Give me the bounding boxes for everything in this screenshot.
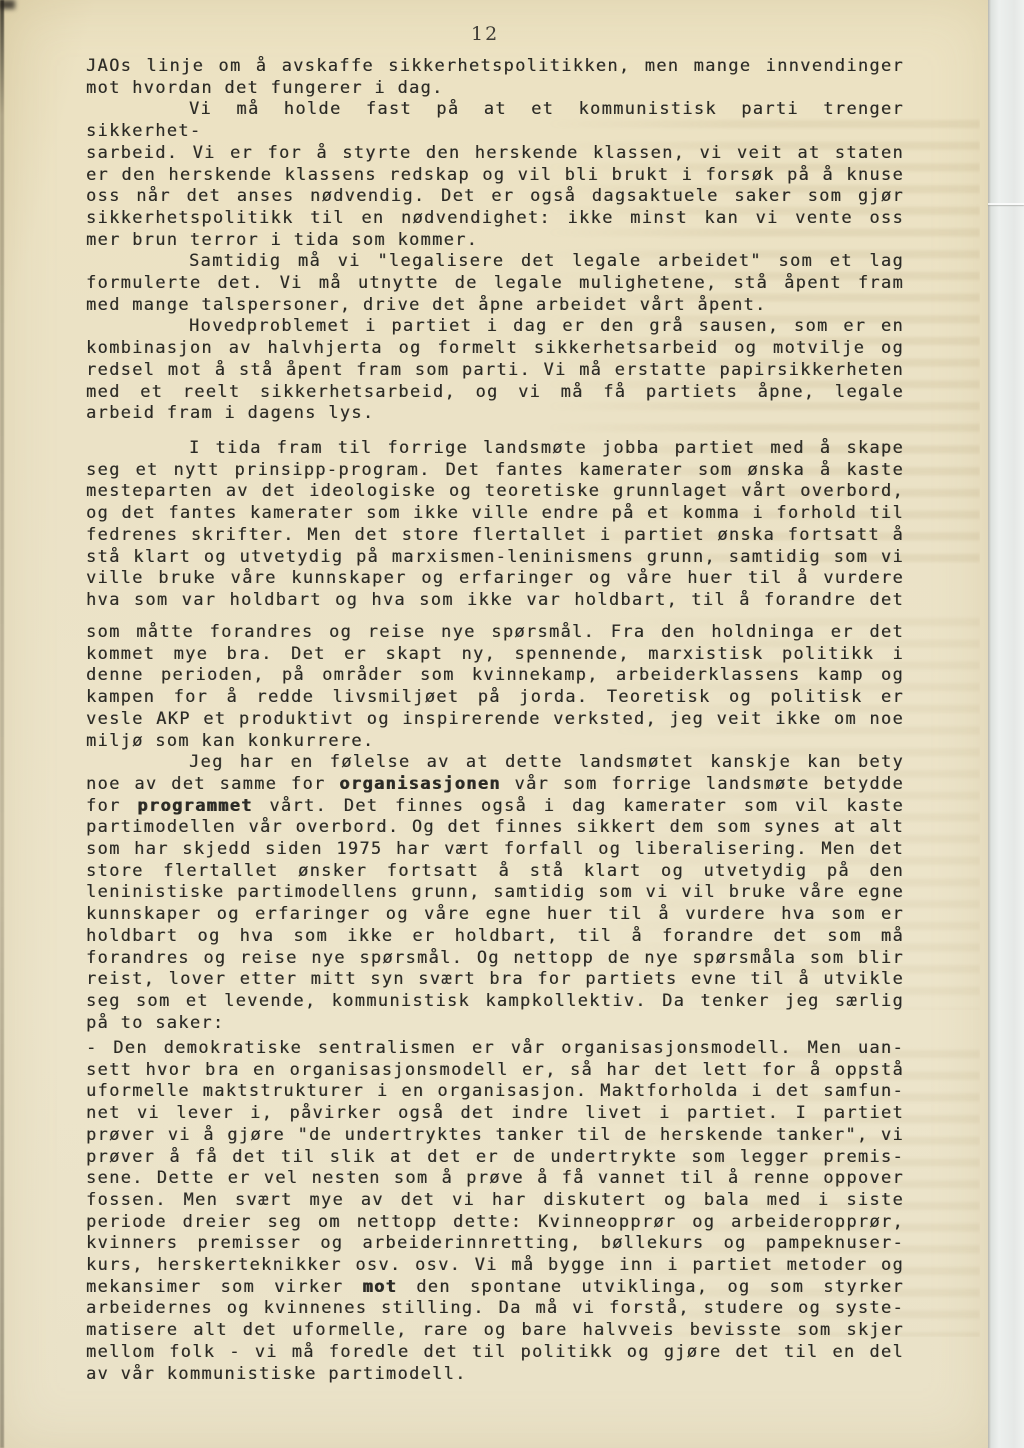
text-segment: net vi lever i, påvirker også det indre … xyxy=(86,1103,904,1123)
text-line: holdbart og hva som ikke er holdbart, ti… xyxy=(86,926,904,948)
text-line: arbeidernes og kvinnenes stilling. Da må… xyxy=(86,1298,904,1320)
text-line: noe av det samme for organisasjonen vår … xyxy=(86,774,904,796)
text-segment: JAOs linje om å avskaffe sikkerhetspolit… xyxy=(86,56,904,76)
text-line: JAOs linje om å avskaffe sikkerhetspolit… xyxy=(86,56,904,78)
text-segment: fossen. Men svært mye av det vi har disk… xyxy=(86,1190,904,1210)
text-segment: hva som var holdbart og hva som ikke var… xyxy=(86,590,904,610)
text-segment: vårt. Det finnes også i dag kamerater so… xyxy=(253,796,904,816)
text-line: sene. Dette er vel nesten som å prøve å … xyxy=(86,1168,904,1190)
text-line: med mange talspersoner, drive det åpne a… xyxy=(86,295,904,317)
text-line: store flertallet ønsker fortsatt å stå k… xyxy=(86,861,904,883)
text-line: mesteparten av det ideologiske og teoret… xyxy=(86,481,904,503)
text-line: sett hvor bra en organisasjonsmodell er,… xyxy=(86,1060,904,1082)
text-line: kunnskaper og erfaringer og våre egne hu… xyxy=(86,904,904,926)
text-segment: for xyxy=(86,796,137,816)
text-line: redsel mot å stå åpent fram som parti. V… xyxy=(86,360,904,382)
scan-seam-line xyxy=(988,203,1024,205)
text-line: I tida fram til forrige landsmøte jobba … xyxy=(86,438,904,460)
text-segment: sett hvor bra en organisasjonsmodell er,… xyxy=(86,1060,904,1080)
text-line: kurs, herskerteknikker osv. osv. Vi må b… xyxy=(86,1255,904,1277)
text-line: Vi må holde fast på at et kommunistisk p… xyxy=(86,99,904,142)
scan-smudge xyxy=(0,0,15,9)
text-line: Jeg har en følelse av at dette landsmøte… xyxy=(86,752,904,774)
text-segment: arbeid fram i dagens lys. xyxy=(86,403,374,423)
text-line: Hovedproblemet i partiet i dag er den gr… xyxy=(86,316,904,338)
text-segment: er den herskende klassens redskap og vil… xyxy=(86,165,904,185)
page-edge-shadow xyxy=(0,0,4,1448)
text-segment: den spontane utviklinga, og som styrker xyxy=(397,1277,904,1297)
text-segment: redsel mot å stå åpent fram som parti. V… xyxy=(86,360,904,380)
text-segment: prøver vi å gjøre "de undertryktes tanke… xyxy=(86,1125,904,1145)
text-line: ville bruke våre kunnskaper og erfaringe… xyxy=(86,568,904,590)
text-segment: med et reelt sikkerhetsarbeid, og vi må … xyxy=(86,382,904,402)
text-segment: uformelle maktstrukturer i en organisasj… xyxy=(86,1081,904,1101)
text-line: matisere alt det uformelle, rare og bare… xyxy=(86,1320,904,1342)
text-segment: reist, lover etter mitt syn svært bra fo… xyxy=(86,969,904,989)
text-segment: leninistiske partimodellens grunn, samti… xyxy=(86,882,904,902)
text-line: - Den demokratiske sentralismen er vår o… xyxy=(86,1038,904,1060)
text-segment: seg et nytt prinsipp-program. Det fantes… xyxy=(86,460,904,480)
text-segment: stå klart og utvetydig på marxismen-leni… xyxy=(86,547,904,567)
text-line: hva som var holdbart og hva som ikke var… xyxy=(86,590,904,612)
text-segment: mesteparten av det ideologiske og teoret… xyxy=(86,481,904,501)
text-segment: Vi må holde fast på at et kommunistisk p… xyxy=(86,99,904,141)
text-segment: som måtte forandres og reise nye spørsmå… xyxy=(86,622,904,642)
text-line: med et reelt sikkerhetsarbeid, og vi må … xyxy=(86,382,904,404)
text-segment: partimodellen vår overbord. Og det finne… xyxy=(86,817,904,837)
text-line: mekansimer som virker mot den spontane u… xyxy=(86,1277,904,1299)
text-segment: fedrenes skrifter. Men det store flertal… xyxy=(86,525,904,545)
text-segment: mellom folk - vi må foredle det til poli… xyxy=(86,1342,904,1362)
text-segment: denne perioden, på områder som kvinnekam… xyxy=(86,665,904,685)
text-line: stå klart og utvetydig på marxismen-leni… xyxy=(86,547,904,569)
text-line: forandres og reise nye spørsmål. Og nett… xyxy=(86,948,904,970)
text-line: på to saker: xyxy=(86,1013,904,1035)
text-line: reist, lover etter mitt syn svært bra fo… xyxy=(86,969,904,991)
text-line: av vår kommunistiske partimodell. xyxy=(86,1364,904,1386)
bold-text-segment: mot xyxy=(363,1277,398,1297)
text-segment: kurs, herskerteknikker osv. osv. Vi må b… xyxy=(86,1255,904,1275)
text-segment: holdbart og hva som ikke er holdbart, ti… xyxy=(86,926,904,946)
text-segment: mer brun terror i tida som kommer. xyxy=(86,230,478,250)
text-line: prøver å få det til slik at det er de un… xyxy=(86,1147,904,1169)
text-line: for programmet vårt. Det finnes også i d… xyxy=(86,796,904,818)
text-line: kombinasjon av halvhjerta og formelt sik… xyxy=(86,338,904,360)
text-line: denne perioden, på områder som kvinnekam… xyxy=(86,665,904,687)
text-line: partimodellen vår overbord. Og det finne… xyxy=(86,817,904,839)
text-line: er den herskende klassens redskap og vil… xyxy=(86,165,904,187)
text-segment: noe av det samme for xyxy=(86,774,339,794)
text-line: oss når det anses nødvendig. Det er også… xyxy=(86,186,904,208)
text-segment: oss når det anses nødvendig. Det er også… xyxy=(86,186,904,206)
text-segment: på to saker: xyxy=(86,1013,224,1033)
text-line: fedrenes skrifter. Men det store flertal… xyxy=(86,525,904,547)
page-number: 12 xyxy=(471,23,499,45)
paragraph-block: JAOs linje om å avskaffe sikkerhetspolit… xyxy=(86,56,904,425)
text-segment: Hovedproblemet i partiet i dag er den gr… xyxy=(189,316,904,336)
text-line: kommet mye bra. Det er skapt ny, spennen… xyxy=(86,644,904,666)
document-page: 12 JAOs linje om å avskaffe sikkerhetspo… xyxy=(0,0,988,1448)
text-segment: med mange talspersoner, drive det åpne a… xyxy=(86,295,767,315)
text-segment: kvinners premisser og arbeiderinnretting… xyxy=(86,1233,904,1253)
text-segment: sene. Dette er vel nesten som å prøve å … xyxy=(86,1168,904,1188)
text-segment: av vår kommunistiske partimodell. xyxy=(86,1364,467,1384)
text-line: periode dreier seg om nettopp dette: Kvi… xyxy=(86,1212,904,1234)
text-line: mellom folk - vi må foredle det til poli… xyxy=(86,1342,904,1364)
text-line: net vi lever i, påvirker også det indre … xyxy=(86,1103,904,1125)
text-segment: forandres og reise nye spørsmål. Og nett… xyxy=(86,948,904,968)
paragraph-block: som måtte forandres og reise nye spørsmå… xyxy=(86,622,904,1034)
text-segment: som har skjedd siden 1975 har vært forfa… xyxy=(86,839,904,859)
bold-text-segment: programmet xyxy=(137,796,252,816)
scanner-background xyxy=(988,0,1024,1448)
text-segment: mekansimer som virker xyxy=(86,1277,363,1297)
text-line: mer brun terror i tida som kommer. xyxy=(86,230,904,252)
text-line: mot hvordan det fungerer i dag. xyxy=(86,78,904,100)
text-segment: matisere alt det uformelle, rare og bare… xyxy=(86,1320,904,1340)
text-line: prøver vi å gjøre "de undertryktes tanke… xyxy=(86,1125,904,1147)
text-line: miljø som kan konkurrere. xyxy=(86,731,904,753)
text-line: som har skjedd siden 1975 har vært forfa… xyxy=(86,839,904,861)
text-line: Samtidig må vi "legalisere det legale ar… xyxy=(86,251,904,273)
text-segment: periode dreier seg om nettopp dette: Kvi… xyxy=(86,1212,904,1232)
text-line: vesle AKP et produktivt og inspirerende … xyxy=(86,709,904,731)
text-segment: Jeg har en følelse av at dette landsmøte… xyxy=(189,752,904,772)
text-line: kvinners premisser og arbeiderinnretting… xyxy=(86,1233,904,1255)
text-segment: kampen for å redde livsmiljøet på jorda.… xyxy=(86,687,904,707)
text-segment: store flertallet ønsker fortsatt å stå k… xyxy=(86,861,904,881)
text-segment: prøver å få det til slik at det er de un… xyxy=(86,1147,904,1167)
text-line: formulerte det. Vi må utnytte de legale … xyxy=(86,273,904,295)
text-line: og det fantes kamerater som ikke ville e… xyxy=(86,503,904,525)
text-segment: sikkerhetspolitikk til en nødvendighet: … xyxy=(86,208,904,228)
text-segment: formulerte det. Vi må utnytte de legale … xyxy=(86,273,904,293)
paragraph-block: I tida fram til forrige landsmøte jobba … xyxy=(86,438,904,612)
bold-text-segment: organisasjonen xyxy=(339,774,501,794)
text-segment: ville bruke våre kunnskaper og erfaringe… xyxy=(86,568,904,588)
text-segment: I tida fram til forrige landsmøte jobba … xyxy=(189,438,904,458)
text-segment: kunnskaper og erfaringer og våre egne hu… xyxy=(86,904,904,924)
paragraph-block: - Den demokratiske sentralismen er vår o… xyxy=(86,1038,904,1385)
text-line: seg et nytt prinsipp-program. Det fantes… xyxy=(86,460,904,482)
text-line: arbeid fram i dagens lys. xyxy=(86,403,904,425)
text-segment: vesle AKP et produktivt og inspirerende … xyxy=(86,709,904,729)
text-segment: - Den demokratiske sentralismen er vår o… xyxy=(86,1038,904,1058)
text-line: seg som et levende, kommunistisk kampkol… xyxy=(86,991,904,1013)
text-line: som måtte forandres og reise nye spørsmå… xyxy=(86,622,904,644)
text-segment: vår som forrige landsmøte betydde xyxy=(501,774,904,794)
text-segment: kombinasjon av halvhjerta og formelt sik… xyxy=(86,338,904,358)
text-segment: miljø som kan konkurrere. xyxy=(86,731,374,751)
text-line: uformelle maktstrukturer i en organisasj… xyxy=(86,1081,904,1103)
text-segment: arbeidernes og kvinnenes stilling. Da må… xyxy=(86,1298,904,1318)
text-line: kampen for å redde livsmiljøet på jorda.… xyxy=(86,687,904,709)
text-segment: mot hvordan det fungerer i dag. xyxy=(86,78,444,98)
text-segment: Samtidig må vi "legalisere det legale ar… xyxy=(189,251,904,271)
text-segment: seg som et levende, kommunistisk kampkol… xyxy=(86,991,904,1011)
text-line: leninistiske partimodellens grunn, samti… xyxy=(86,882,904,904)
text-line: sarbeid. Vi er for å styrte den herskend… xyxy=(86,143,904,165)
text-segment: sarbeid. Vi er for å styrte den herskend… xyxy=(86,143,904,163)
text-line: sikkerhetspolitikk til en nødvendighet: … xyxy=(86,208,904,230)
text-segment: kommet mye bra. Det er skapt ny, spennen… xyxy=(86,644,904,664)
text-line: fossen. Men svært mye av det vi har disk… xyxy=(86,1190,904,1212)
text-segment: og det fantes kamerater som ikke ville e… xyxy=(86,503,904,523)
